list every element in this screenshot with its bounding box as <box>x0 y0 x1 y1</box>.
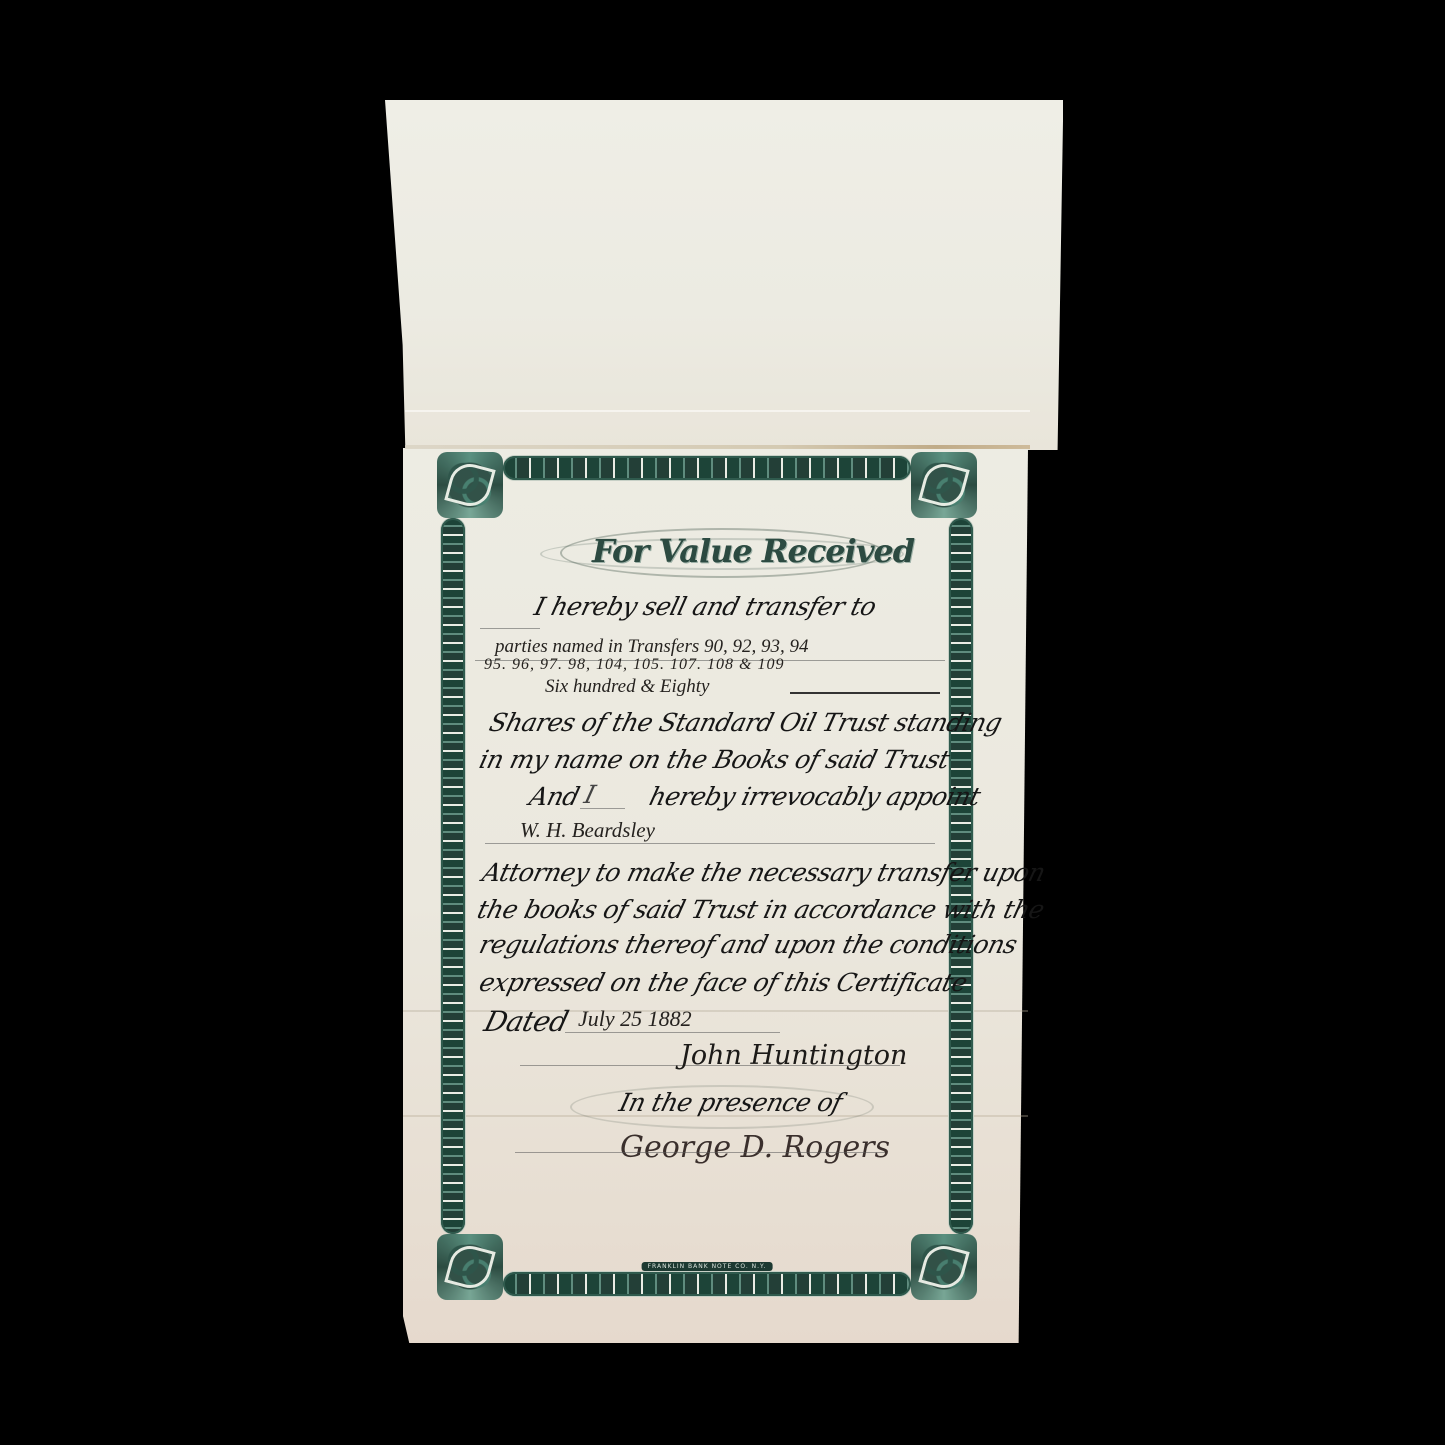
text-in-my-name: in my name on the Books of said Trust <box>476 745 952 774</box>
rule <box>580 808 625 809</box>
witness-rule <box>515 1152 885 1153</box>
paper-top-flap <box>385 100 1063 450</box>
text-irrevocably-appoint: hereby irrevocably appoint <box>646 782 983 811</box>
signature-george-d-rogers: George D. Rogers <box>620 1130 890 1165</box>
border-bottom <box>503 1272 911 1296</box>
border-top <box>503 456 911 480</box>
text-and: And <box>526 782 582 811</box>
handwritten-share-count: Six hundred & Eighty <box>545 676 709 698</box>
text-attorney-line-1: Attorney to make the necessary transfer … <box>479 858 1048 887</box>
fold-line <box>405 445 1030 449</box>
text-in-the-presence-of: In the presence of <box>616 1088 845 1117</box>
rule <box>485 843 935 844</box>
flap-crease <box>405 410 1030 412</box>
handwritten-dash <box>790 692 940 694</box>
celtic-knot-corner-icon <box>437 1234 503 1300</box>
text-attorney-line-3: regulations thereof and upon the conditi… <box>476 930 1020 959</box>
text-shares-of-standard-oil-trust: Shares of the Standard Oil Trust standin… <box>486 708 1004 737</box>
text-sell-transfer: I hereby sell and transfer to <box>531 592 879 621</box>
signature-john-huntington: John Huntington <box>680 1040 907 1071</box>
engraver-imprint: FRANKLIN BANK NOTE CO. N.Y. <box>642 1262 773 1271</box>
handwritten-attorney-name: W. H. Beardsley <box>520 818 655 843</box>
handwritten-transferee-line-2: 95. 96, 97. 98, 104, 105. 107. 108 & 109 <box>484 656 784 674</box>
text-dated-label: Dated <box>481 1005 572 1038</box>
celtic-knot-corner-icon <box>911 452 977 518</box>
handwritten-transferee-line-1: parties named in Transfers 90, 92, 93, 9… <box>495 636 809 658</box>
handwritten-date: July 25 1882 <box>578 1006 692 1032</box>
border-left <box>441 518 465 1234</box>
celtic-knot-corner-icon <box>437 452 503 518</box>
text-attorney-line-2: the books of said Trust in accordance wi… <box>474 895 1047 924</box>
heading-for-value-received: For Value Received <box>592 532 914 570</box>
celtic-knot-corner-icon <box>911 1234 977 1300</box>
rule <box>565 1032 780 1033</box>
rule <box>480 628 540 629</box>
text-attorney-line-4: expressed on the face of this Certificat… <box>476 968 970 997</box>
